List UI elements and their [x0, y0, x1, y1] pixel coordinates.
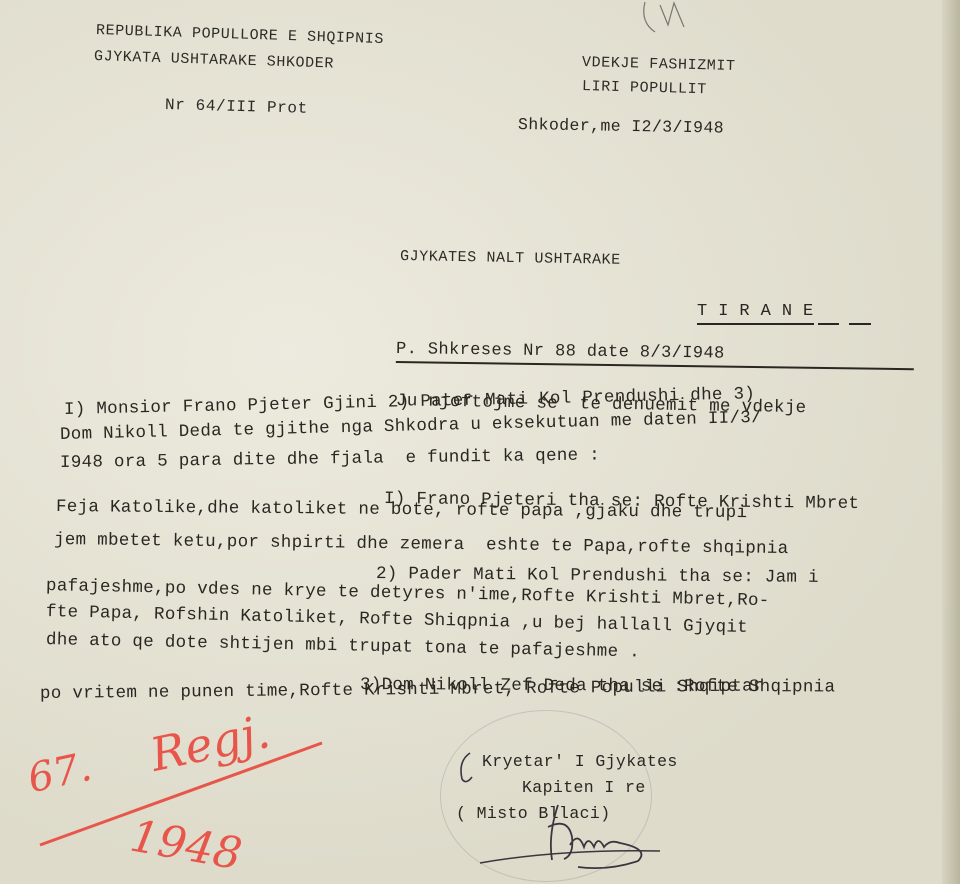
- motto-line-2: LIRI POPULLIT: [582, 78, 707, 98]
- recipient-city-text: T I R A N E: [697, 302, 814, 325]
- handwritten-signature: [440, 735, 700, 875]
- place-and-date: Shkoder,me I2/3/I948: [518, 115, 724, 138]
- protocol-number: Nr 64/III Prot: [165, 96, 308, 118]
- pencil-mark: [630, 0, 710, 40]
- recipient-city: T I R A N E: [697, 302, 871, 321]
- paper-edge: [942, 0, 960, 884]
